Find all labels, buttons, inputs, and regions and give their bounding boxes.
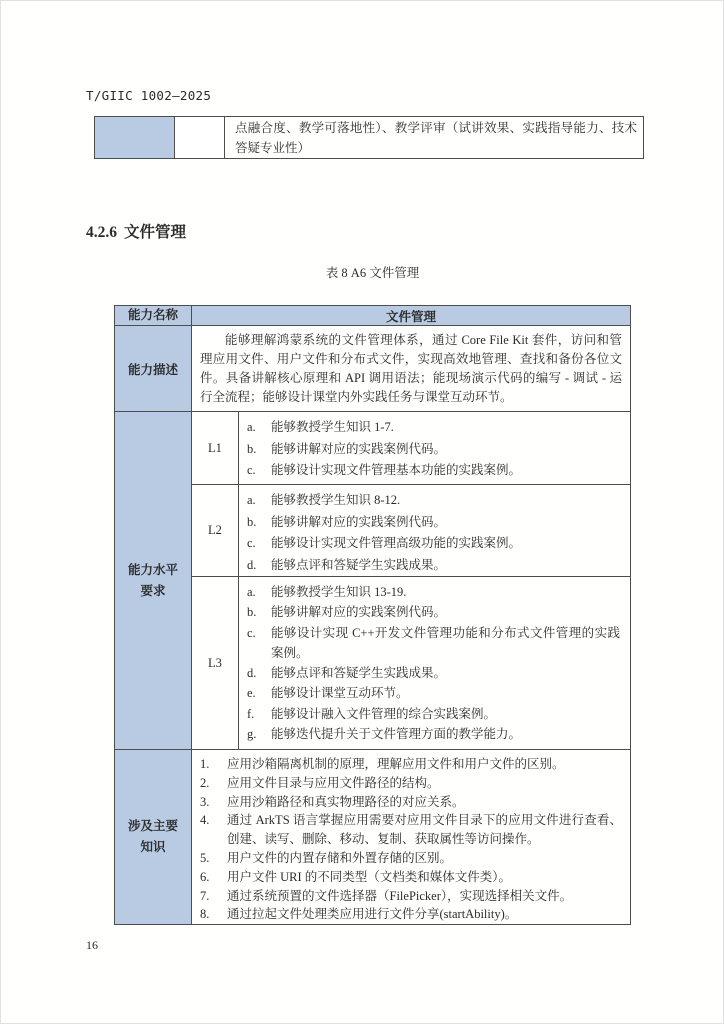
section-title: 文件管理 (124, 224, 186, 241)
continued-table-label-cell (95, 117, 175, 158)
list-item: b.能够讲解对应的实践案例代码。 (247, 439, 620, 461)
header-capability-name-value: 文件管理 (192, 306, 630, 325)
item-marker: g. (247, 724, 271, 744)
item-marker: 1. (200, 755, 227, 774)
item-marker: d. (247, 663, 271, 683)
item-marker: f. (247, 704, 271, 724)
item-marker: a. (247, 490, 271, 512)
item-marker: 3. (200, 793, 227, 812)
item-marker: 2. (200, 774, 227, 793)
list-item: d.能够点评和答疑学生实践成果。 (247, 663, 620, 683)
item-text: 应用文件目录与应用文件路径的结构。 (227, 774, 622, 793)
item-text: 能够讲解对应的实践案例代码。 (271, 439, 620, 461)
document-page: T/GIIC 1002—2025 点融合度、教学可落地性）、教学评审（试讲效果、… (0, 0, 724, 1024)
item-text: 能够迭代提升关于文件管理方面的教学能力。 (271, 724, 620, 744)
capability-table: 能力名称 文件管理 能力描述 能够理解鸿蒙系统的文件管理体系，通过 Core F… (114, 305, 631, 925)
knowledge-label-cell: 涉及主要知识 (115, 750, 192, 924)
item-marker: c. (247, 623, 271, 664)
item-marker: d. (247, 555, 271, 577)
item-text: 能够点评和答疑学生实践成果。 (271, 555, 620, 577)
list-item: 3.应用沙箱路径和真实物理路径的对应关系。 (200, 793, 622, 812)
item-text: 能够讲解对应的实践案例代码。 (271, 512, 620, 534)
table-header-row: 能力名称 文件管理 (115, 306, 630, 326)
item-marker: a. (247, 582, 271, 602)
list-item: c.能够设计实现 C++开发文件管理功能和分布式文件管理的实践案例。 (247, 623, 620, 664)
item-marker: b. (247, 602, 271, 622)
list-item: 2.应用文件目录与应用文件路径的结构。 (200, 774, 622, 793)
level-row-l1: L1 a.能够教授学生知识 1-7. b.能够讲解对应的实践案例代码。 c.能够… (192, 412, 630, 485)
header-capability-name-label: 能力名称 (115, 306, 192, 325)
list-item: d.能够点评和答疑学生实践成果。 (247, 555, 620, 577)
list-item: a.能够教授学生知识 13-19. (247, 582, 620, 602)
level-row-l3: L3 a.能够教授学生知识 13-19. b.能够讲解对应的实践案例代码。 c.… (192, 577, 630, 749)
item-text: 能够设计融入文件管理的综合实践案例。 (271, 704, 620, 724)
item-text: 能够设计实现文件管理高级功能的实践案例。 (271, 533, 620, 555)
page-number: 16 (86, 938, 98, 953)
list-item: a.能够教授学生知识 1-7. (247, 417, 620, 439)
list-item: 8.通过拉起文件处理类应用进行文件分享(startAbility)。 (200, 905, 622, 924)
capability-description-text: 能够理解鸿蒙系统的文件管理体系，通过 Core File Kit 套件，访问和管… (192, 326, 630, 411)
level-code-l1: L1 (192, 412, 239, 484)
item-marker: 8. (200, 905, 227, 924)
list-item: g.能够迭代提升关于文件管理方面的教学能力。 (247, 724, 620, 744)
item-marker: 4. (200, 811, 227, 849)
item-text: 能够教授学生知识 13-19. (271, 582, 620, 602)
continued-table: 点融合度、教学可落地性）、教学评审（试讲效果、实践指导能力、技术答疑专业性） (94, 116, 644, 159)
level-l3-items: a.能够教授学生知识 13-19. b.能够讲解对应的实践案例代码。 c.能够设… (239, 577, 630, 749)
level-l2-items: a.能够教授学生知识 8-12. b.能够讲解对应的实践案例代码。 c.能够设计… (239, 485, 630, 576)
list-item: b.能够讲解对应的实践案例代码。 (247, 602, 620, 622)
item-text: 能够设计实现 C++开发文件管理功能和分布式文件管理的实践案例。 (271, 623, 620, 664)
list-item: c.能够设计实现文件管理基本功能的实践案例。 (247, 460, 620, 482)
item-marker: a. (247, 417, 271, 439)
knowledge-label: 涉及主要知识 (125, 816, 181, 858)
item-text: 应用沙箱隔离机制的原理，理解应用文件和用户文件的区别。 (227, 755, 622, 774)
item-text: 通过系统预置的文件选择器（FilePicker），实现选择相关文件。 (227, 887, 622, 906)
knowledge-row: 涉及主要知识 1.应用沙箱隔离机制的原理，理解应用文件和用户文件的区别。 2.应… (115, 750, 630, 924)
level-code-l3: L3 (192, 577, 239, 749)
item-text: 通过拉起文件处理类应用进行文件分享(startAbility)。 (227, 905, 622, 924)
list-item: 1.应用沙箱隔离机制的原理，理解应用文件和用户文件的区别。 (200, 755, 622, 774)
list-item: a.能够教授学生知识 8-12. (247, 490, 620, 512)
item-text: 用户文件 URI 的不同类型（文档类和媒体文件类）。 (227, 868, 622, 887)
item-marker: e. (247, 683, 271, 703)
item-text: 用户文件的内置存储和外置存储的区别。 (227, 849, 622, 868)
level-row-l2: L2 a.能够教授学生知识 8-12. b.能够讲解对应的实践案例代码。 c.能… (192, 485, 630, 577)
item-marker: c. (247, 533, 271, 555)
section-number: 4.2.6 (86, 224, 117, 241)
capability-levels-label-cell: 能力水平要求 (115, 412, 192, 749)
capability-levels-row: 能力水平要求 L1 a.能够教授学生知识 1-7. b.能够讲解对应的实践案例代… (115, 412, 630, 750)
list-item: b.能够讲解对应的实践案例代码。 (247, 512, 620, 534)
capability-description-label: 能力描述 (115, 326, 192, 411)
capability-description-row: 能力描述 能够理解鸿蒙系统的文件管理体系，通过 Core File Kit 套件… (115, 326, 630, 412)
list-item: 7.通过系统预置的文件选择器（FilePicker），实现选择相关文件。 (200, 887, 622, 906)
list-item: e.能够设计课堂互动环节。 (247, 683, 620, 703)
list-item: f.能够设计融入文件管理的综合实践案例。 (247, 704, 620, 724)
level-l1-items: a.能够教授学生知识 1-7. b.能够讲解对应的实践案例代码。 c.能够设计实… (239, 412, 630, 484)
levels-container: L1 a.能够教授学生知识 1-7. b.能够讲解对应的实践案例代码。 c.能够… (192, 412, 630, 749)
item-marker: 6. (200, 868, 227, 887)
item-text: 应用沙箱路径和真实物理路径的对应关系。 (227, 793, 622, 812)
list-item: c.能够设计实现文件管理高级功能的实践案例。 (247, 533, 620, 555)
item-marker: b. (247, 512, 271, 534)
item-text: 能够教授学生知识 8-12. (271, 490, 620, 512)
item-text: 能够设计实现文件管理基本功能的实践案例。 (271, 460, 620, 482)
list-item: 5.用户文件的内置存储和外置存储的区别。 (200, 849, 622, 868)
item-text: 能够点评和答疑学生实践成果。 (271, 663, 620, 683)
section-heading: 4.2.6文件管理 (86, 222, 186, 244)
item-text: 能够设计课堂互动环节。 (271, 683, 620, 703)
item-marker: c. (247, 460, 271, 482)
item-marker: 5. (200, 849, 227, 868)
item-text: 能够讲解对应的实践案例代码。 (271, 602, 620, 622)
level-code-l2: L2 (192, 485, 239, 576)
item-text: 通过 ArkTS 语言掌握应用需要对应用文件目录下的应用文件进行查看、创建、读写… (227, 811, 622, 849)
item-marker: b. (247, 439, 271, 461)
table-caption: 表 8 A6 文件管理 (114, 265, 631, 281)
doc-code: T/GIIC 1002—2025 (86, 88, 211, 103)
list-item: 6.用户文件 URI 的不同类型（文档类和媒体文件类）。 (200, 868, 622, 887)
continued-table-level-cell (175, 117, 225, 158)
item-text: 能够教授学生知识 1-7. (271, 417, 620, 439)
list-item: 4.通过 ArkTS 语言掌握应用需要对应用文件目录下的应用文件进行查看、创建、… (200, 811, 622, 849)
capability-levels-label: 能力水平要求 (125, 560, 181, 602)
continued-table-text: 点融合度、教学可落地性）、教学评审（试讲效果、实践指导能力、技术答疑专业性） (225, 117, 643, 158)
knowledge-items: 1.应用沙箱隔离机制的原理，理解应用文件和用户文件的区别。 2.应用文件目录与应… (192, 750, 630, 924)
item-marker: 7. (200, 887, 227, 906)
